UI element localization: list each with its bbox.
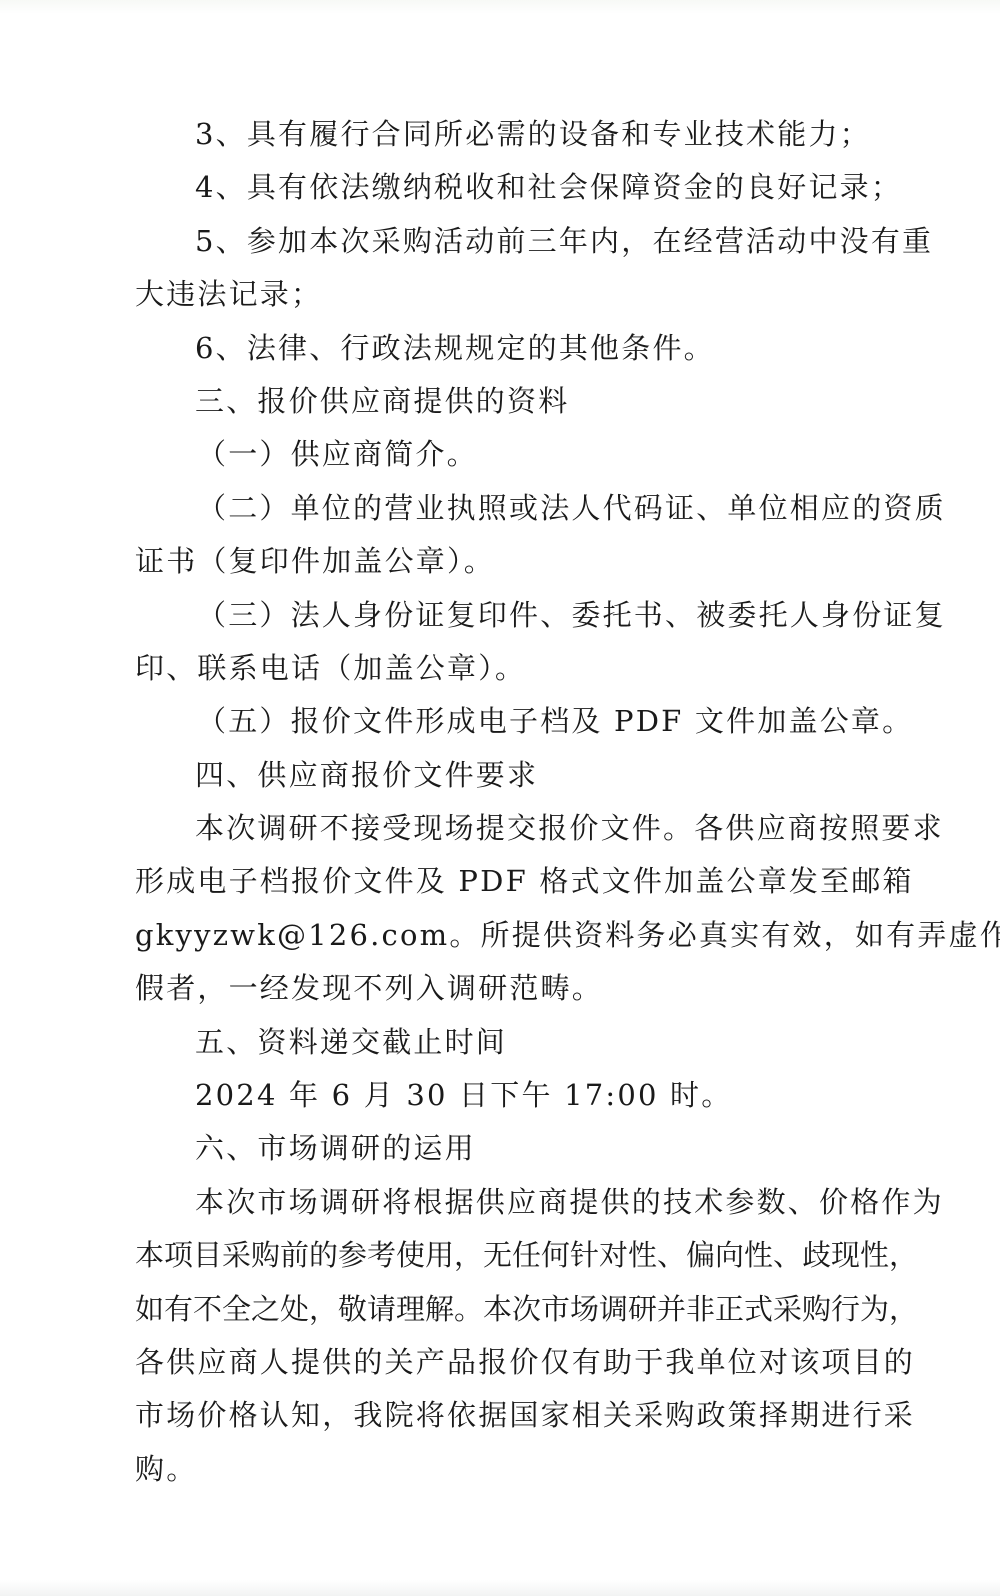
document-body: 3、具有履行合同所必需的设备和专业技术能力； 4、具有依法缴纳税收和社会保障资金… xyxy=(135,108,915,1496)
materials-item-1: （一）供应商简介。 xyxy=(135,428,915,481)
requirement-item-6: 6、法律、行政法规规定的其他条件。 xyxy=(135,322,915,375)
requirement-item-4: 4、具有依法缴纳税收和社会保障资金的良好记录； xyxy=(135,161,915,214)
usage-paragraph-line-4: 各供应商人提供的关产品报价仅有助于我单位对该项目的 xyxy=(135,1336,910,1389)
materials-item-5: （五）报价文件形成电子档及 PDF 文件加盖公章。 xyxy=(135,695,915,748)
submission-paragraph-line-3-email: gkyyzwk@126.com。所提供资料务必真实有效，如有弄虚作 xyxy=(135,909,910,962)
usage-paragraph-line-5: 市场价格认知，我院将依据国家相关采购政策择期进行采 xyxy=(135,1389,910,1442)
section-heading-4: 四、供应商报价文件要求 xyxy=(135,749,915,802)
requirement-item-3: 3、具有履行合同所必需的设备和专业技术能力； xyxy=(135,108,915,161)
section-heading-3: 三、报价供应商提供的资料 xyxy=(135,375,915,428)
submission-paragraph-line-2: 形成电子档报价文件及 PDF 格式文件加盖公章发至邮箱 xyxy=(135,855,910,908)
usage-paragraph-line-1: 本次市场调研将根据供应商提供的技术参数、价格作为 xyxy=(135,1176,910,1229)
materials-item-3-continued: 印、联系电话（加盖公章）。 xyxy=(135,642,915,695)
materials-item-3: （三）法人身份证复印件、委托书、被委托人身份证复 xyxy=(135,589,910,642)
section-heading-6: 六、市场调研的运用 xyxy=(135,1122,915,1175)
materials-item-2: （二）单位的营业执照或法人代码证、单位相应的资质 xyxy=(135,482,910,535)
submission-paragraph-line-1: 本次调研不接受现场提交报价文件。各供应商按照要求 xyxy=(135,802,910,855)
submission-paragraph-line-4: 假者，一经发现不列入调研范畴。 xyxy=(135,962,915,1015)
requirement-item-5-continued: 大违法记录； xyxy=(135,268,915,321)
materials-item-2-continued: 证书（复印件加盖公章）。 xyxy=(135,535,915,588)
requirement-item-5: 5、参加本次采购活动前三年内，在经营活动中没有重 xyxy=(135,215,910,268)
usage-paragraph-line-6: 购。 xyxy=(135,1443,915,1496)
usage-paragraph-line-3: 如有不全之处，敬请理解。本次市场调研并非正式采购行为， xyxy=(135,1283,910,1336)
deadline-text: 2024 年 6 月 30 日下午 17:00 时。 xyxy=(135,1069,915,1122)
scanned-document-page: 3、具有履行合同所必需的设备和专业技术能力； 4、具有依法缴纳税收和社会保障资金… xyxy=(0,0,1000,1596)
section-heading-5: 五、资料递交截止时间 xyxy=(135,1016,915,1069)
usage-paragraph-line-2: 本项目采购前的参考使用，无任何针对性、偏向性、歧现性， xyxy=(135,1229,910,1282)
